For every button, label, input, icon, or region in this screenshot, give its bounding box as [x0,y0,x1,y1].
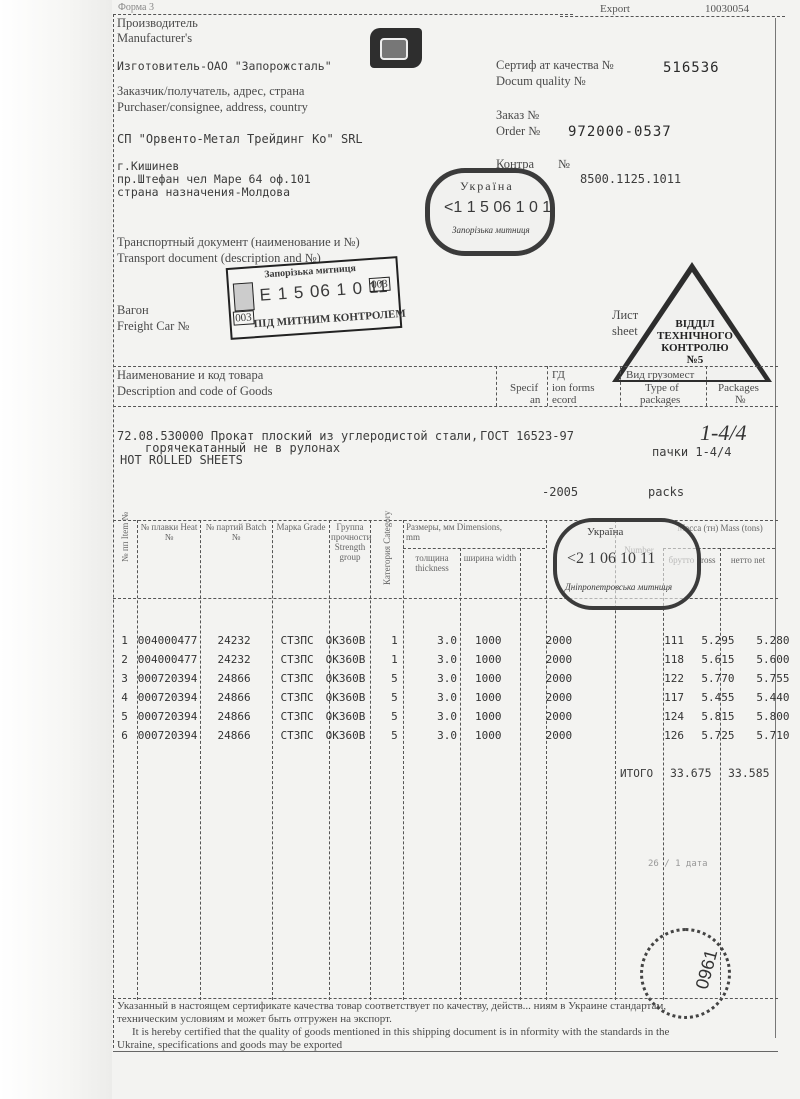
certificate-label-en: Docum quality № [496,74,586,89]
col-div [720,548,721,1000]
footer-line2-ru: техническим условиям и может быть отгруж… [117,1012,392,1026]
table-row: 2 004000477 24232 СТ3ПС ОК360В 1 3.0 100… [113,650,800,669]
footer-bottom-rule [113,1051,778,1052]
cell-strength: ОК360В [325,688,366,707]
total-net: 33.585 [728,767,770,780]
cell-net: 5.755 [746,669,800,688]
cell-heat: 004000477 [136,650,199,669]
cell-thickness: 3.0 [402,707,461,726]
goods-standard: ГОСТ 16523-97 [480,430,574,443]
cell-heat: 004000477 [136,631,199,650]
cell-row-no: 2 [113,650,136,669]
purchaser-label-en: Purchaser/consignee, address, country [117,100,308,115]
scan-margin [0,0,112,1099]
oval-stamp-country: Україна [460,179,514,194]
cell-net: 5.600 [746,650,800,669]
freight-car-label-en: Freight Car № [117,319,189,334]
certificate-label-ru: Сертиф ат качества № [496,58,614,73]
cell-gross: 5.815 [690,707,746,726]
oval2-country: Україна [587,526,623,538]
cell-width: 1000 [461,631,516,650]
cell-batch: 24866 [199,669,269,688]
freight-car-label-ru: Вагон [117,303,149,318]
table-row: 3 000720394 24866 СТ3ПС ОК360В 5 3.0 100… [113,669,800,688]
cell-row-no: 6 [113,726,136,745]
cell-row-no: 4 [113,688,136,707]
contract-number: 8500.1125.1011 [580,173,681,186]
cell-batch: 24866 [199,726,269,745]
table-row: 1 004000477 24232 СТ3ПС ОК360В 1 3.0 100… [113,631,800,650]
oval2-code: <2 1 06 10 11 [567,550,655,568]
col-div [329,520,330,1000]
customs-emblem-icon [233,282,255,311]
cell-strength: ОК360В [325,726,366,745]
cell-grade: СТ3ПС [269,688,325,707]
round-stamp-code: 0961 [692,947,723,991]
cell-batch: 24866 [199,688,269,707]
goods-packs-en: packs [648,486,684,499]
frame-top [113,14,573,15]
cell-gross: 5.615 [690,650,746,669]
cell-width: 1000 [461,669,516,688]
frame-right [775,18,776,1038]
rect-stamp-title: Запорізька митниця [264,263,356,280]
order-number: 972000-0537 [568,124,672,140]
transport-label-ru: Транспортный документ (наименование и №) [117,235,360,250]
goods-year-ref: -2005 [542,486,578,499]
oval2-office: Дніпропетровська митниця [565,582,672,592]
cell-number: 126 [637,726,690,745]
th-width: ширина width [462,553,518,563]
col-div [200,520,201,1000]
cell-gross: 5.295 [690,631,746,650]
th-grade: Марка Grade [275,522,327,532]
footer-line1-en: It is hereby certified that the quality … [132,1025,669,1039]
goods-line-3: HOT ROLLED SHEETS [120,454,243,467]
gd-col-divider [547,366,548,406]
cell-net: 5.800 [746,707,800,726]
cell-thickness: 3.0 [402,669,461,688]
cell-category: 1 [366,650,402,669]
document-number: 10030054 [705,2,749,17]
cell-category: 5 [366,726,402,745]
cell-width: 1000 [461,707,516,726]
dim-subheader-rule [403,548,545,549]
manufacturer-value: Изготовитель-ОАО "Запорожсталь" [117,60,332,73]
table-row: 5 000720394 24866 СТ3ПС ОК360В 5 3.0 100… [113,707,800,726]
footer-line1-ru: Указанный в настоящем сертификате качест… [117,999,666,1013]
order-label-ru: Заказ № [496,108,539,123]
col-div [520,548,521,1000]
cell-width: 1000 [461,726,516,745]
goods-description-label-en: Description and code of Goods [117,384,273,399]
table-top-rule [113,520,778,521]
cell-thickness: 3.0 [402,631,461,650]
cell-heat: 000720394 [136,707,199,726]
col-div [137,520,138,1000]
cell-net: 5.710 [746,726,800,745]
cell-length: 2000 [516,707,638,726]
th-category: Категория Category [382,537,392,585]
cell-thickness: 3.0 [402,726,461,745]
certificate-data-table: 1 004000477 24232 СТ3ПС ОК360В 1 3.0 100… [113,631,800,745]
cell-batch: 24232 [199,650,269,669]
cell-number: 111 [637,631,690,650]
technical-control-stamp-text: ВІДДІЛ ТЕХНІЧНОГО КОНТРОЛЮ №5 [650,318,740,366]
goods-header-top-rule [113,366,778,367]
cell-row-no: 5 [113,707,136,726]
form-label: Форма 3 [118,0,154,15]
cell-net: 5.280 [746,631,800,650]
th-strength: Группа прочности Strength group [331,522,369,562]
cell-batch: 24866 [199,707,269,726]
col-div [546,520,547,1000]
cell-length: 2000 [516,669,638,688]
purchaser-name: СП "Орвенто-Метал Трейдинг Ко" SRL [117,133,363,146]
goods-header-bottom-rule [113,406,778,407]
cell-grade: СТ3ПС [269,707,325,726]
cell-batch: 24232 [199,631,269,650]
cell-category: 5 [366,707,402,726]
order-label-en: Order № [496,124,540,139]
handwritten-annotation: 1-4/4 [700,420,746,446]
pkg-no-col-divider [706,366,707,406]
goods-col-divider [496,366,497,406]
table-row: 4 000720394 24866 СТ3ПС ОК360В 5 3.0 100… [113,688,800,707]
stamp-line: №5 [650,354,740,366]
th-net: нетто net [722,555,774,565]
customs-oval-stamp-2: Україна <2 1 06 10 11 Дніпропетровська м… [553,518,701,610]
total-gross: 33.675 [670,767,712,780]
cell-number: 124 [637,707,690,726]
customs-control-stamp: Запорізька митниця E 1 5 06 1 0 11 003 0… [226,256,403,340]
rect-stamp-num-left: 003 [233,310,254,325]
cell-category: 5 [366,688,402,707]
cell-grade: СТ3ПС [269,650,325,669]
rect-stamp-num-right: 003 [369,277,390,292]
cell-width: 1000 [461,650,516,669]
cell-length: 2000 [516,688,638,707]
cell-row-no: 1 [113,631,136,650]
cell-length: 2000 [516,631,638,650]
cell-number: 122 [637,669,690,688]
cell-strength: ОК360В [325,707,366,726]
cell-number: 118 [637,650,690,669]
col-div [272,520,273,1000]
cell-heat: 000720394 [136,669,199,688]
cell-grade: СТ3ПС [269,726,325,745]
cell-strength: ОК360В [325,631,366,650]
frame-left [113,14,114,1048]
stamp-line: ТЕХНІЧНОГО [650,330,740,342]
oval-stamp-code: <1 1 5 06 1 0 1 [444,199,551,217]
goods-description-label-ru: Наименование и код товара [117,368,263,383]
certificate-number: 516536 [663,60,720,76]
cell-category: 5 [366,669,402,688]
zaporizhstal-logo-icon [370,28,422,68]
th-heat-no: № плавки Heat № [140,522,198,542]
contract-no-symbol: № [558,157,570,172]
purchaser-address-country: страна назначения-Молдова [117,186,290,199]
cell-category: 1 [366,631,402,650]
cell-row-no: 3 [113,669,136,688]
cell-length: 2000 [516,650,638,669]
header-rule [560,16,785,17]
purchaser-label-ru: Заказчик/получатель, адрес, страна [117,84,304,99]
faint-date-note: 26 / 1 дата [648,858,708,871]
cell-net: 5.440 [746,688,800,707]
manufacturer-label-en: Manufacturer's [117,31,192,46]
col-div [460,548,461,1000]
th-thickness: толщина thickness [405,553,459,573]
total-label: ИТОГО [620,767,653,780]
cell-strength: ОК360В [325,650,366,669]
col-div [403,520,404,1000]
stamp-line: ВІДДІЛ [650,318,740,330]
customs-oval-stamp: Україна <1 1 5 06 1 0 1 Запорізька митни… [425,168,555,256]
th-batch-no: № партий Batch № [203,522,269,542]
oval-stamp-office: Запорізька митниця [452,225,530,235]
cell-grade: СТ3ПС [269,631,325,650]
th-dimensions: Размеры, мм Dimensions, mm [406,522,506,542]
goods-packs-ru: пачки 1-4/4 [652,446,731,459]
cell-width: 1000 [461,688,516,707]
cell-gross: 5.455 [690,688,746,707]
table-row: 6 000720394 24866 СТ3ПС ОК360В 5 3.0 100… [113,726,800,745]
manufacturer-label-ru: Производитель [117,16,198,31]
cell-gross: 5.770 [690,669,746,688]
cell-strength: ОК360В [325,669,366,688]
col-div [370,520,371,1000]
cell-grade: СТ3ПС [269,669,325,688]
export-label: Export [600,2,630,17]
stamp-line: КОНТРОЛЮ [650,342,740,354]
pkg-type-col-divider [620,366,621,406]
cell-thickness: 3.0 [402,650,461,669]
cell-number: 117 [637,688,690,707]
cell-gross: 5.725 [690,726,746,745]
cell-heat: 000720394 [136,726,199,745]
footer-line2-en: Ukraine, specifications and goods may be… [117,1038,342,1052]
cell-heat: 000720394 [136,688,199,707]
cell-length: 2000 [516,726,638,745]
cell-thickness: 3.0 [402,688,461,707]
rect-stamp-footer: ПІД МИТНИМ КОНТРОЛЕМ [253,308,406,331]
th-row-no: № пп Item № [120,538,130,562]
